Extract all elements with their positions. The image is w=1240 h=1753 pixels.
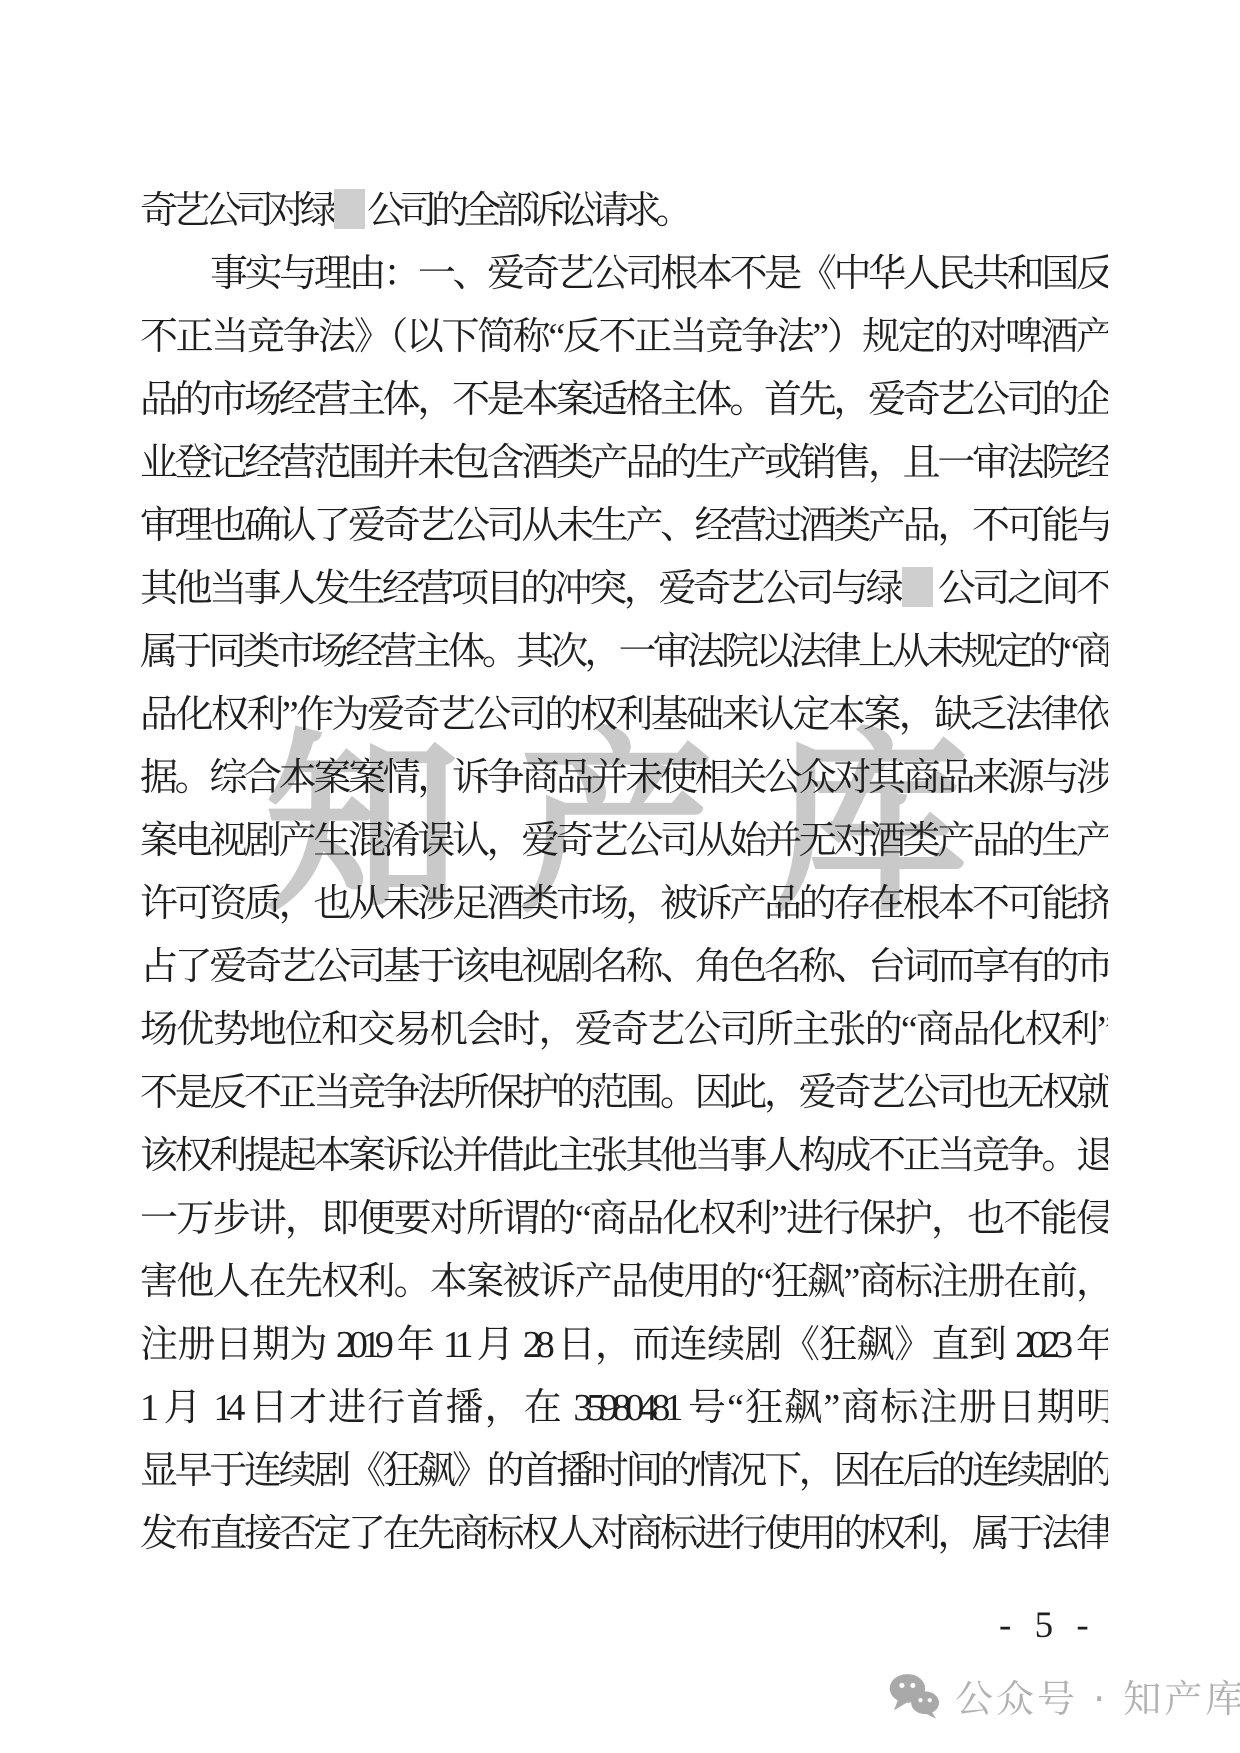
text-line: 审理也确认了爱奇艺公司从未生产、经营过酒类产品，不可能与 bbox=[140, 495, 1108, 558]
text-segment: 奇艺公司对绿 bbox=[140, 190, 332, 232]
document-page: 知产库 奇艺公司对绿公司的全部诉讼请求。事实与理由：一、爱奇艺公司根本不是《中华… bbox=[0, 0, 1240, 1753]
text-line: 该权利提起本案诉讼并借此主张其他当事人构成不正当竞争。退 bbox=[140, 1125, 1108, 1188]
page-number: - 5 - bbox=[999, 1604, 1096, 1647]
text-segment: 公司的全部诉讼请求。 bbox=[367, 190, 687, 232]
text-line: 品化权利”作为爱奇艺公司的权利基础来认定本案，缺乏法律依 bbox=[140, 684, 1108, 747]
text-line: 一万步讲，即便要对所谓的“商品化权利”进行保护，也不能侵 bbox=[140, 1188, 1108, 1251]
text-segment: 该权利提起本案诉讼并借此主张其他当事人构成不正当竞争。退 bbox=[140, 1135, 1108, 1177]
text-line: 占了爱奇艺公司基于该电视剧名称、角色名称、台词而享有的市 bbox=[140, 936, 1108, 999]
text-segment: 审理也确认了爱奇艺公司从未生产、经营过酒类产品，不可能与 bbox=[140, 505, 1108, 547]
text-segment: 公司之间不 bbox=[935, 568, 1108, 610]
text-segment: 注册日期为 2019 年 11 月 28 日，而连续剧《狂飙》直到 2023 年 bbox=[140, 1324, 1108, 1366]
text-segment: 一万步讲，即便要对所谓的“商品化权利”进行保护，也不能侵 bbox=[140, 1198, 1108, 1240]
text-line: 场优势地位和交易机会时，爱奇艺公司所主张的“商品化权利” bbox=[140, 999, 1108, 1062]
text-segment: 其他当事人发生经营项目的冲突，爱奇艺公司与绿 bbox=[140, 568, 900, 610]
text-line: 案电视剧产生混淆误认，爱奇艺公司从始并无对酒类产品的生产 bbox=[140, 810, 1108, 873]
redaction-box bbox=[334, 189, 365, 229]
document-body: 奇艺公司对绿公司的全部诉讼请求。事实与理由：一、爱奇艺公司根本不是《中华人民共和… bbox=[140, 180, 1108, 1566]
text-segment: 不正当竞争法》（以下简称“反不正当竞争法”）规定的对啤酒产 bbox=[140, 316, 1108, 358]
footer-brand: 公众号 · 知产库 bbox=[888, 1668, 1240, 1723]
text-segment: 属于同类市场经营主体。其次，一审法院以法律上从未规定的“商 bbox=[140, 631, 1108, 673]
text-segment: 据。综合本案案情，诉争商品并未使相关公众对其商品来源与涉 bbox=[140, 757, 1108, 799]
text-line: 发布直接否定了在先商标权人对商标进行使用的权利，属于法律 bbox=[140, 1503, 1108, 1566]
redaction-box bbox=[902, 567, 933, 607]
text-line: 据。综合本案案情，诉争商品并未使相关公众对其商品来源与涉 bbox=[140, 747, 1108, 810]
text-segment: 1 月 14 日才进行首播，在 35980481 号“狂飙”商标注册日期明 bbox=[140, 1387, 1108, 1429]
text-segment: 害他人在先权利。本案被诉产品使用的“狂飙”商标注册在前， bbox=[140, 1261, 1108, 1303]
text-segment: 占了爱奇艺公司基于该电视剧名称、角色名称、台词而享有的市 bbox=[140, 946, 1108, 988]
text-segment: 许可资质，也从未涉足酒类市场，被诉产品的存在根本不可能挤 bbox=[140, 883, 1108, 925]
text-line: 许可资质，也从未涉足酒类市场，被诉产品的存在根本不可能挤 bbox=[140, 873, 1108, 936]
text-segment: 发布直接否定了在先商标权人对商标进行使用的权利，属于法律 bbox=[140, 1513, 1108, 1555]
text-line: 业登记经营范围并未包含酒类产品的生产或销售，且一审法院经 bbox=[140, 432, 1108, 495]
text-segment: 显早于连续剧《狂飙》的首播时间的情况下，因在后的连续剧的 bbox=[140, 1450, 1108, 1492]
text-line: 不是反不正当竞争法所保护的范围。因此，爱奇艺公司也无权就 bbox=[140, 1062, 1108, 1125]
text-segment: 品的市场经营主体，不是本案适格主体。首先，爱奇艺公司的企 bbox=[140, 379, 1108, 421]
text-line: 1 月 14 日才进行首播，在 35980481 号“狂飙”商标注册日期明 bbox=[140, 1377, 1108, 1440]
text-line: 奇艺公司对绿公司的全部诉讼请求。 bbox=[140, 180, 1108, 243]
text-line: 不正当竞争法》（以下简称“反不正当竞争法”）规定的对啤酒产 bbox=[140, 306, 1108, 369]
text-segment: 品化权利”作为爱奇艺公司的权利基础来认定本案，缺乏法律依 bbox=[140, 694, 1108, 736]
text-segment: 案电视剧产生混淆误认，爱奇艺公司从始并无对酒类产品的生产 bbox=[140, 820, 1108, 862]
text-line: 显早于连续剧《狂飙》的首播时间的情况下，因在后的连续剧的 bbox=[140, 1440, 1108, 1503]
text-line: 事实与理由：一、爱奇艺公司根本不是《中华人民共和国反 bbox=[140, 243, 1108, 306]
text-line: 品的市场经营主体，不是本案适格主体。首先，爱奇艺公司的企 bbox=[140, 369, 1108, 432]
text-line: 注册日期为 2019 年 11 月 28 日，而连续剧《狂飙》直到 2023 年 bbox=[140, 1314, 1108, 1377]
text-line: 其他当事人发生经营项目的冲突，爱奇艺公司与绿公司之间不 bbox=[140, 558, 1108, 621]
text-segment: 事实与理由：一、爱奇艺公司根本不是《中华人民共和国反 bbox=[210, 253, 1108, 295]
text-segment: 场优势地位和交易机会时，爱奇艺公司所主张的“商品化权利” bbox=[140, 1009, 1108, 1051]
text-line: 属于同类市场经营主体。其次，一审法院以法律上从未规定的“商 bbox=[140, 621, 1108, 684]
text-segment: 业登记经营范围并未包含酒类产品的生产或销售，且一审法院经 bbox=[140, 442, 1108, 484]
footer-label: 公众号 · 知产库 bbox=[955, 1668, 1240, 1723]
wechat-icon bbox=[888, 1672, 942, 1720]
text-segment: 不是反不正当竞争法所保护的范围。因此，爱奇艺公司也无权就 bbox=[140, 1072, 1108, 1114]
text-line: 害他人在先权利。本案被诉产品使用的“狂飙”商标注册在前， bbox=[140, 1251, 1108, 1314]
